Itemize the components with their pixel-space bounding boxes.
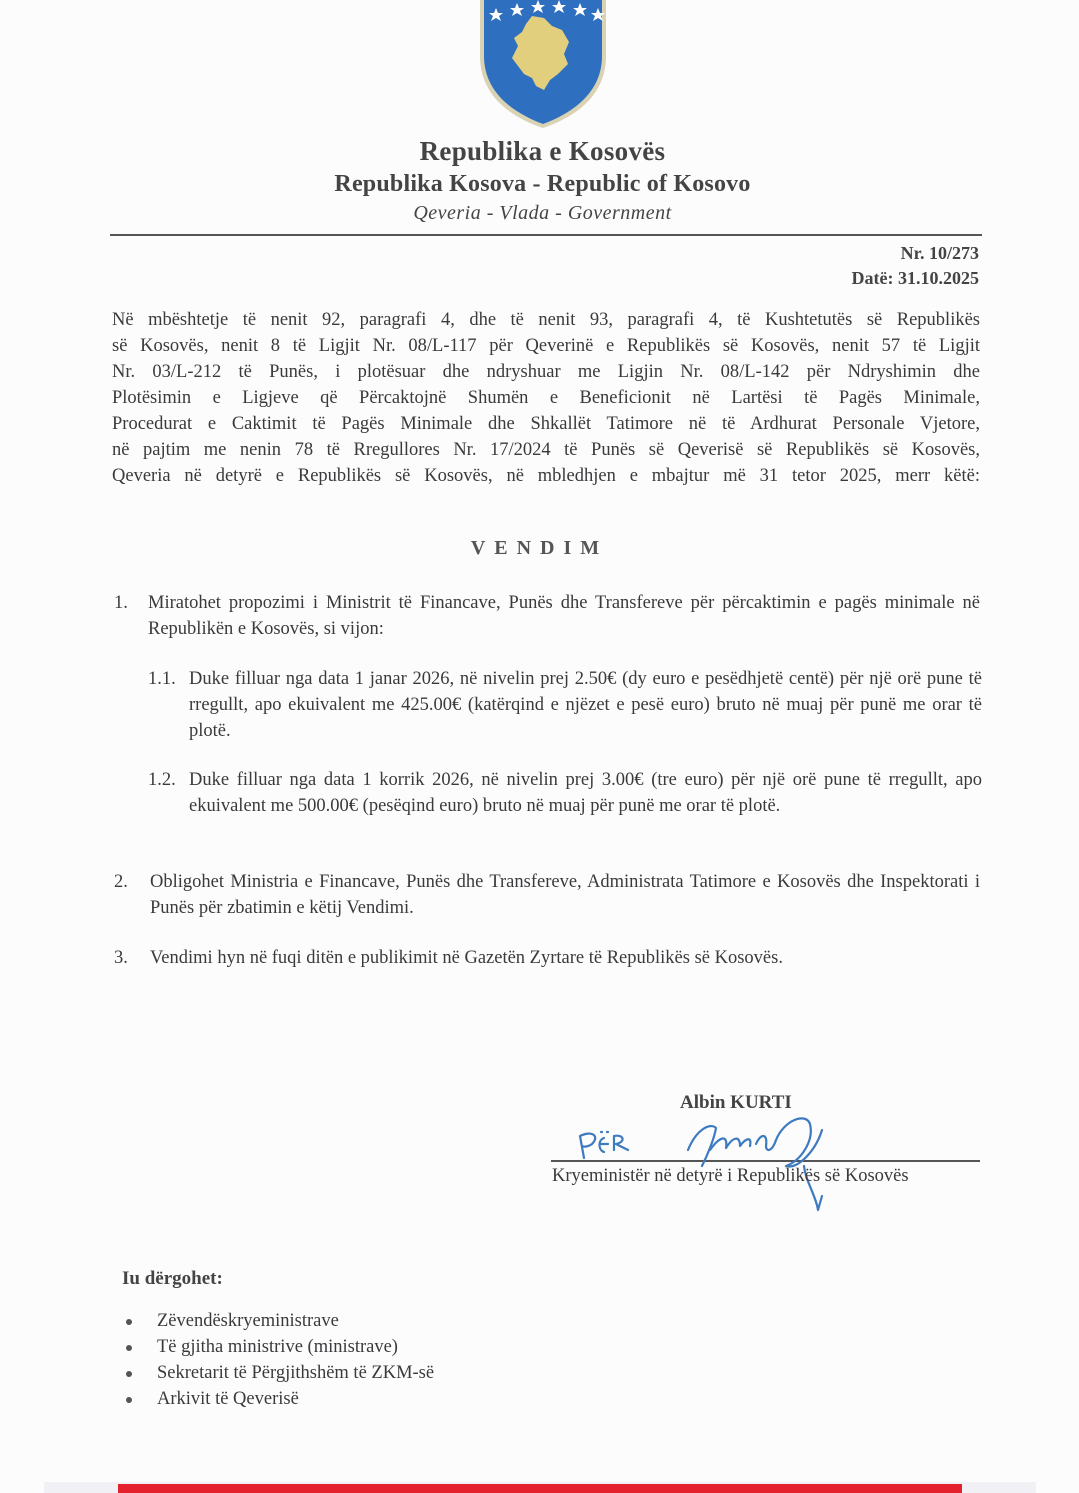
preamble-line: së Kosovës, nenit 8 të Ligjit Nr. 08/L-1… (112, 333, 980, 359)
kosovo-coat-of-arms-icon (474, 0, 612, 130)
item-text: Vendimi hyn në fuqi ditën e publikimit n… (150, 945, 980, 971)
decision-item: 1. Miratohet propozimi i Ministrit të Fi… (114, 590, 980, 642)
letterhead-government: Qeveria - Vlada - Government (0, 200, 1079, 226)
decision-subitem: 1.1. Duke filluar nga data 1 janar 2026,… (148, 666, 982, 744)
header-divider (110, 234, 982, 236)
document-date: Datë: 31.10.2025 (852, 266, 979, 291)
handwritten-signature-icon (570, 1110, 870, 1220)
subitem-number: 1.2. (148, 767, 176, 793)
subitem-number: 1.1. (148, 666, 176, 692)
decision-title: VENDIM (0, 537, 1079, 560)
item-text: Obligohet Ministria e Financave, Punës d… (150, 869, 980, 921)
distribution-recipient: Sekretarit të Përgjithshëm të ZKM-së (122, 1360, 434, 1386)
subitem-text: Duke filluar nga data 1 korrik 2026, në … (189, 767, 982, 819)
decision-item: 3. Vendimi hyn në fuqi ditën e publikimi… (114, 945, 980, 971)
letterhead: Republika e Kosovës Republika Kosova - R… (0, 134, 1079, 226)
distribution-heading: Iu dërgohet: (122, 1268, 223, 1290)
distribution-recipient: Arkivit të Qeverisë (122, 1386, 434, 1412)
decision-subitem: 1.2. Duke filluar nga data 1 korrik 2026… (148, 767, 982, 819)
preamble-line: Procedurat e Caktimit të Pagës Minimale … (112, 411, 980, 437)
signatory-title: Kryeministër në detyrë i Republikës së K… (552, 1166, 909, 1187)
item-number: 2. (114, 869, 128, 895)
letterhead-republic-multilingual: Republika Kosova - Republic of Kosovo (0, 168, 1079, 200)
subitem-text: Duke filluar nga data 1 janar 2026, në n… (189, 666, 982, 744)
item-text: Miratohet propozimi i Ministrit të Finan… (148, 590, 980, 642)
preamble-line: në pajtim me nenin 78 të Rregullores Nr.… (112, 437, 980, 463)
preamble-line: Plotësimin e Ligjeve që Përcaktojnë Shum… (112, 385, 980, 411)
preamble-line: Qeveria në detyrë e Republikës së Kosovë… (112, 463, 980, 489)
distribution-recipient: Zëvendëskryeministrave (122, 1308, 434, 1334)
distribution-recipient: Të gjitha ministrive (ministrave) (122, 1334, 434, 1360)
decision-item: 2. Obligohet Ministria e Financave, Punë… (114, 869, 980, 921)
preamble-line: Në mbështetje të nenit 92, paragrafi 4, … (112, 307, 980, 333)
red-banner-strip (118, 1484, 962, 1493)
document-reference: Nr. 10/273 Datë: 31.10.2025 (852, 241, 979, 291)
letterhead-republic-albanian: Republika e Kosovës (0, 134, 1079, 168)
item-number: 1. (114, 590, 128, 616)
preamble-line: Nr. 03/L-212 të Punës, i plotësuar dhe n… (112, 359, 980, 385)
distribution-list: Zëvendëskryeministrave Të gjitha ministr… (122, 1308, 434, 1412)
preamble-paragraph: Në mbështetje të nenit 92, paragrafi 4, … (112, 307, 980, 489)
document-number: Nr. 10/273 (852, 241, 979, 266)
item-number: 3. (114, 945, 128, 971)
